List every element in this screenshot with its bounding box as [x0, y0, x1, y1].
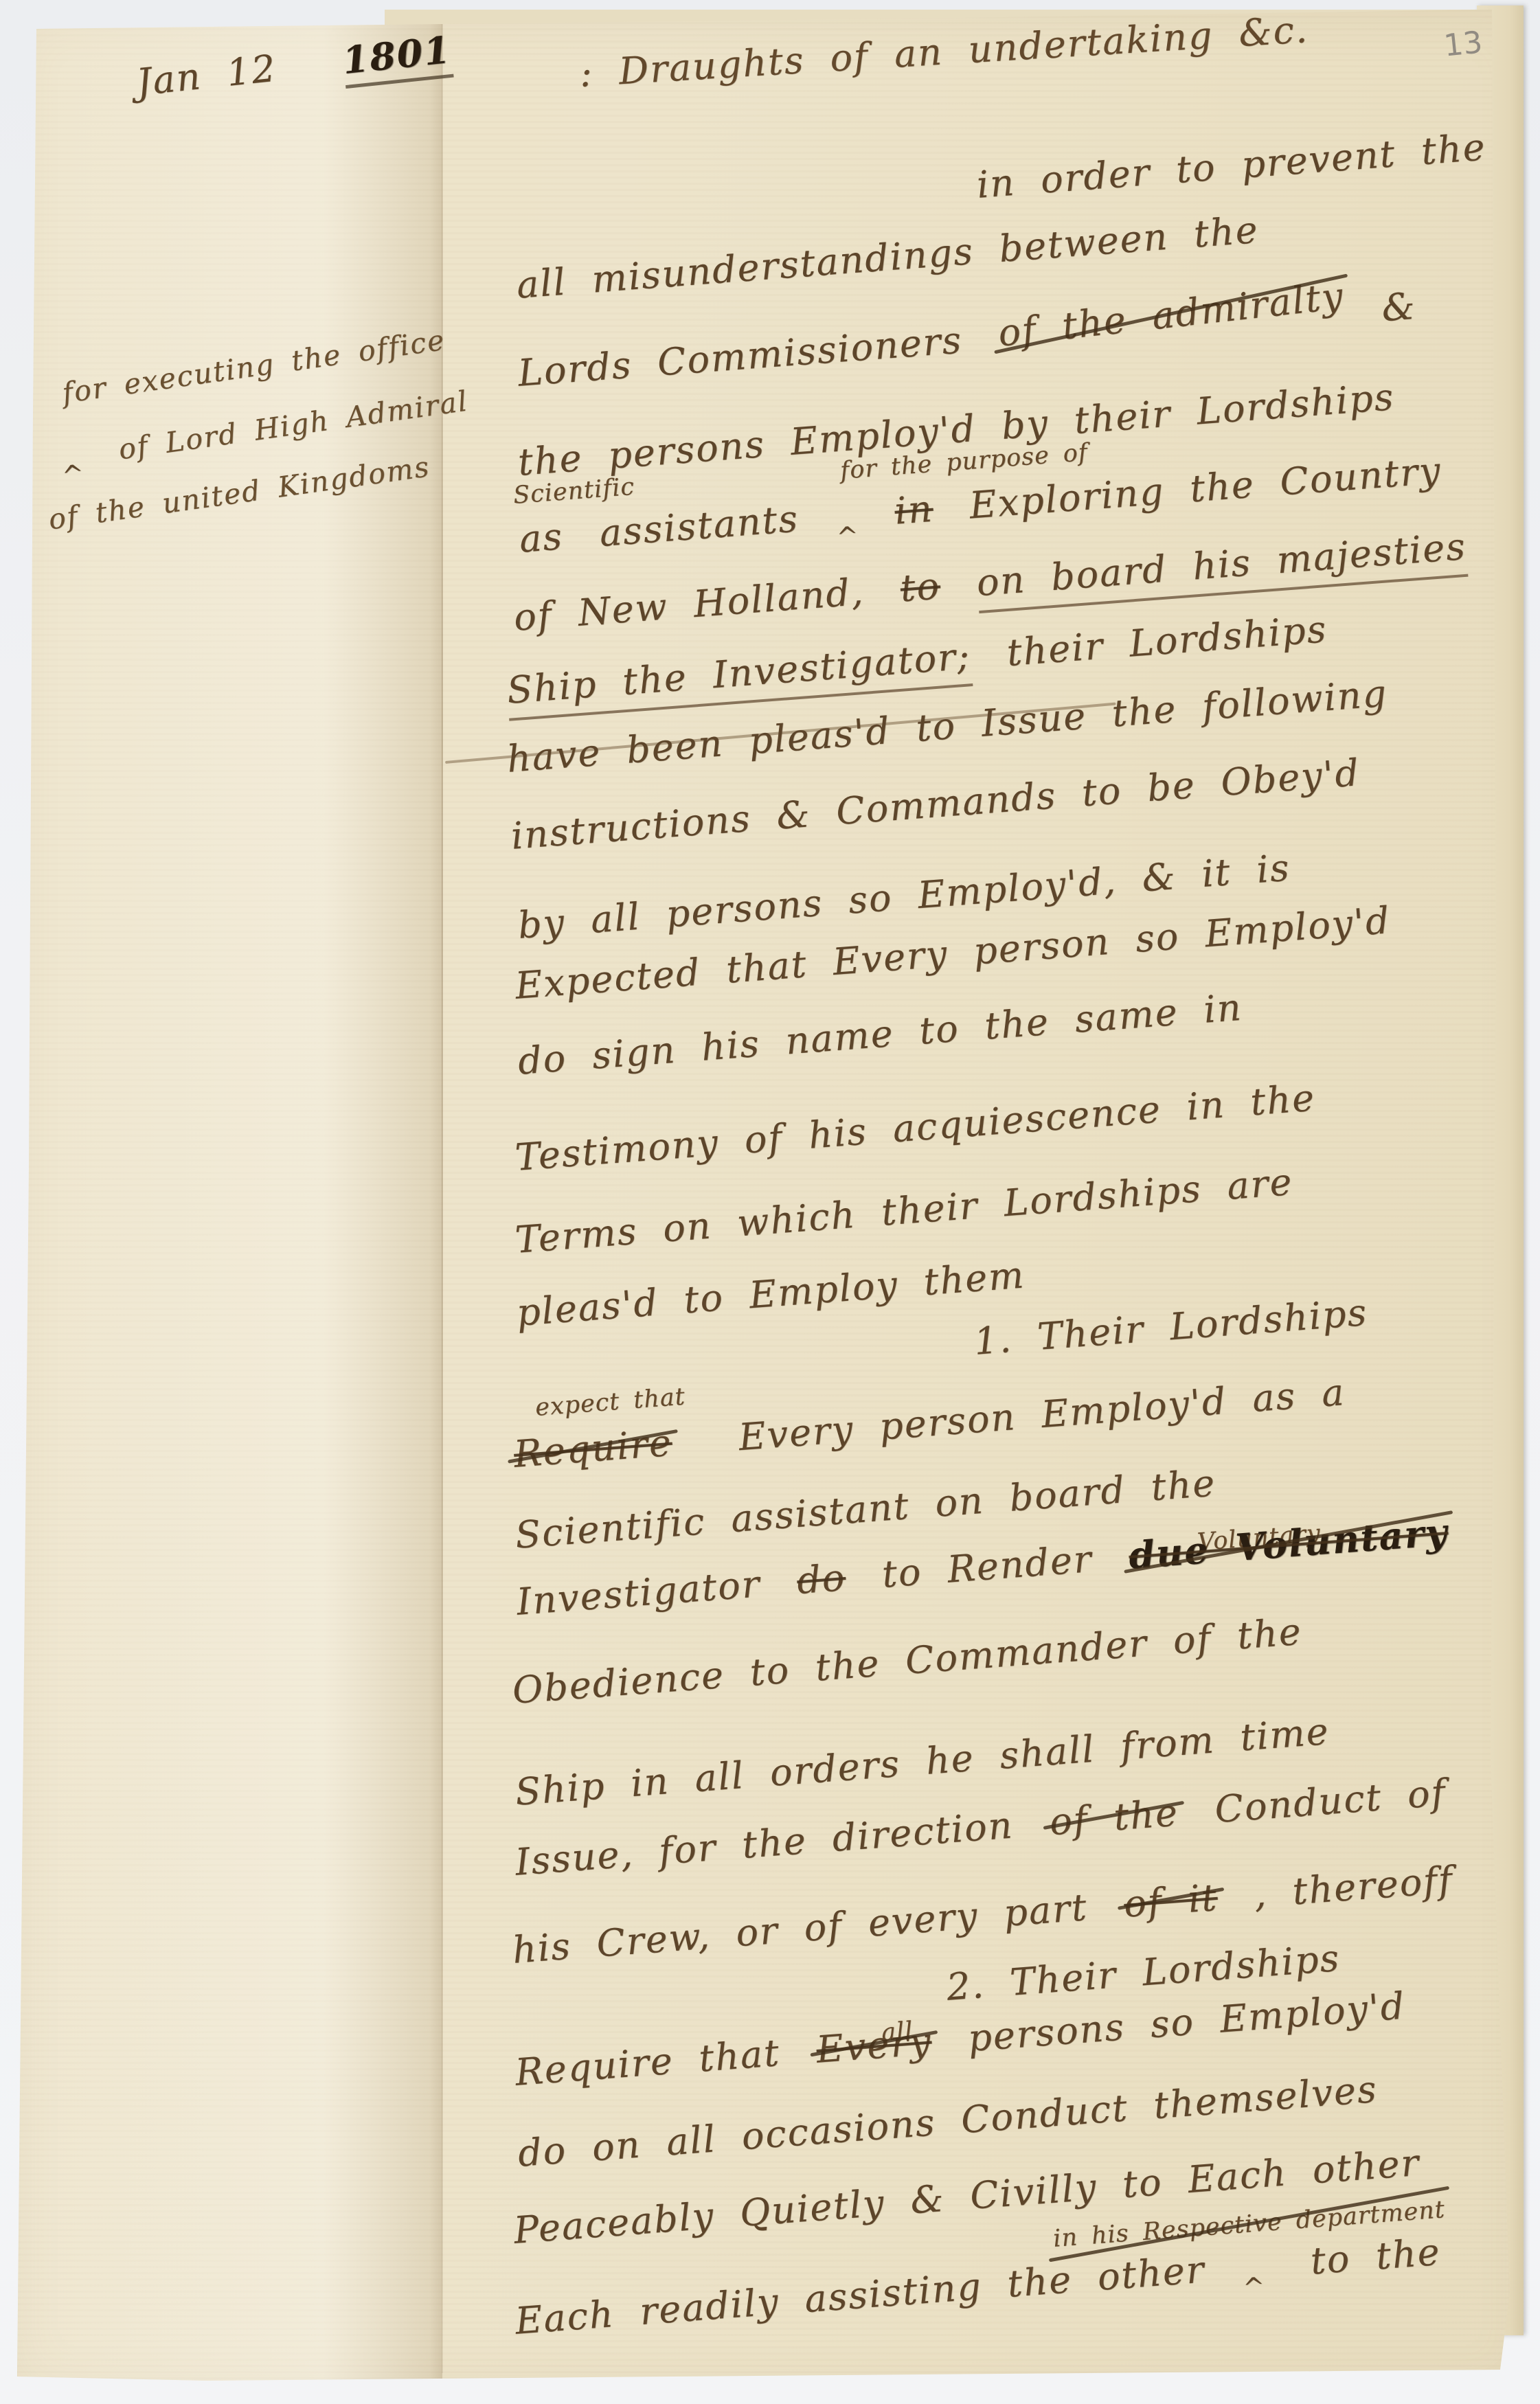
- body-text-19c: to Render: [881, 1537, 1094, 1596]
- body-line-02: all misunderstandings between the: [515, 211, 1260, 306]
- body-line-28: Each readily assisting the other ^ to th…: [514, 2233, 1442, 2341]
- fold-crease: [442, 21, 443, 2373]
- body-text-14: Terms on which their Lordships are: [514, 1160, 1295, 1262]
- body-line-01: in order to prevent the: [975, 128, 1487, 205]
- body-text-12: do sign his name to the same in: [517, 986, 1244, 1083]
- body-text-23a: his Crew, or of every part: [511, 1885, 1089, 1972]
- body-text-28a: Each readily assisting the other: [514, 2248, 1207, 2343]
- body-text-02: all misunderstandings between the: [515, 208, 1260, 307]
- body-text-20: Obedience to the Commander of the: [511, 1610, 1304, 1712]
- insertion-expect-that: expect that: [534, 1385, 686, 1421]
- body-text-15: pleas'd to Employ them: [515, 1253, 1027, 1334]
- page-number: 13: [1442, 27, 1484, 62]
- strikethrough-of-the: of the: [1048, 1791, 1180, 1844]
- page-number-text: 13: [1442, 25, 1484, 64]
- body-text-22c: Conduct of: [1213, 1771, 1447, 1831]
- body-line-13: Testimony of his acquiescence in the: [514, 1078, 1317, 1177]
- insertion-caret: ^: [1242, 2273, 1267, 2302]
- body-text-05b: assistants: [598, 497, 800, 555]
- body-text-28b: to the: [1309, 2230, 1442, 2283]
- insertion-expect-that-text: expect that: [534, 1383, 686, 1422]
- scanned-manuscript-screenshot: { "colors": { "paper": "#ebe1c5", "backg…: [0, 0, 1540, 2404]
- strikethrough-due-voluntary: due Voluntary: [1127, 1510, 1449, 1578]
- body-line-15: pleas'd to Employ them: [515, 1256, 1026, 1333]
- underlined-on-board-his-majesties: on board his majesties: [975, 525, 1468, 613]
- strikethrough-every: Every: [815, 2019, 933, 2071]
- body-text-17b: Every person Employ'd as a: [737, 1370, 1346, 1459]
- strikethrough-require: Require: [512, 1421, 674, 1476]
- body-text-03c: &: [1380, 284, 1418, 330]
- body-text-22a: Issue, for the direction: [514, 1804, 1015, 1884]
- body-line-12: do sign his name to the same in: [517, 988, 1244, 1082]
- body-line-20: Obedience to the Commander of the: [511, 1613, 1304, 1711]
- body-text-07b: their Lordships: [1005, 607, 1328, 674]
- strikethrough-do: do: [795, 1556, 848, 1602]
- body-text-05a: as: [518, 514, 565, 561]
- body-text-06a: of New Holland,: [512, 570, 865, 639]
- instruction-1-heading: 1. Their Lordships: [973, 1291, 1370, 1363]
- body-line-16-numbered: 1. Their Lordships: [973, 1293, 1369, 1362]
- body-line-14: Terms on which their Lordships are: [514, 1163, 1294, 1260]
- strikethrough-of-it: of it: [1122, 1876, 1219, 1926]
- body-text-23c: , thereoff: [1252, 1858, 1455, 1916]
- manuscript-page: Jan 12 1801 : Draughts of an undertaking…: [0, 0, 1540, 2404]
- body-text-13: Testimony of his acquiescence in the: [514, 1076, 1317, 1179]
- page-title: : Draughts of an undertaking &c.: [578, 10, 1309, 93]
- body-text-01: in order to prevent the: [975, 125, 1488, 207]
- insertion-caret: ^: [60, 460, 87, 490]
- strikethrough-to: to: [898, 564, 942, 610]
- strikethrough-in: in: [893, 487, 935, 533]
- body-text-19a: Investigator: [515, 1562, 762, 1624]
- strikethrough-of-the-admiralty: of the admiralty: [996, 277, 1346, 354]
- body-line-03: Lords Commissioners of the admiralty &: [517, 287, 1418, 394]
- body-text-25a: Require that: [514, 2031, 782, 2094]
- body-text-03a: Lords Commissioners: [517, 318, 964, 394]
- insertion-caret: ^: [836, 523, 861, 552]
